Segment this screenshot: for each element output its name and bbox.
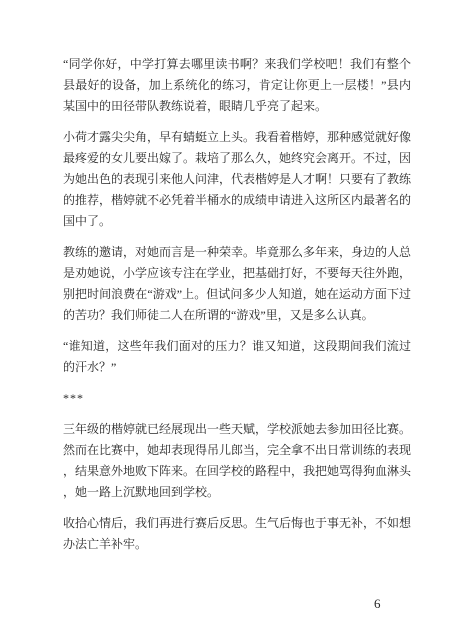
- paragraph-competition-story: 三年级的楷婷就已经展现出一些天赋，学校派她去参加田径比赛。然而在比赛中，她却表现…: [63, 419, 411, 503]
- page-content: “同学你好，中学打算去哪里读书啊？来我们学校吧！我们有整个县最好的设备，加上系统…: [63, 54, 411, 565]
- paragraph-pressure-quote: “谁知道，这些年我们面对的压力？谁又知道，这段期间我们流过的汗水？”: [63, 336, 411, 378]
- section-separator: ***: [63, 388, 411, 409]
- paragraph-narrator-reflection: 小荷才露尖尖角，早有蜻蜓立上头。我看着楷婷，那种感觉就好像最疼爱的女儿要出嫁了。…: [63, 127, 411, 232]
- document-page: “同学你好，中学打算去哪里读书啊？来我们学校吧！我们有整个县最好的设备，加上系统…: [0, 0, 450, 640]
- paragraph-post-race-reflection: 收拾心情后，我们再进行赛后反思。生气后悔也于事无补，不如想办法亡羊补牢。: [63, 513, 411, 555]
- paragraph-coach-invitation-quote: “同学你好，中学打算去哪里读书啊？来我们学校吧！我们有整个县最好的设备，加上系统…: [63, 54, 411, 117]
- page-number: 6: [374, 596, 381, 612]
- paragraph-invitation-honor: 教练的邀请，对她而言是一种荣幸。毕竟那么多年来，身边的人总是劝她说，小学应该专注…: [63, 242, 411, 326]
